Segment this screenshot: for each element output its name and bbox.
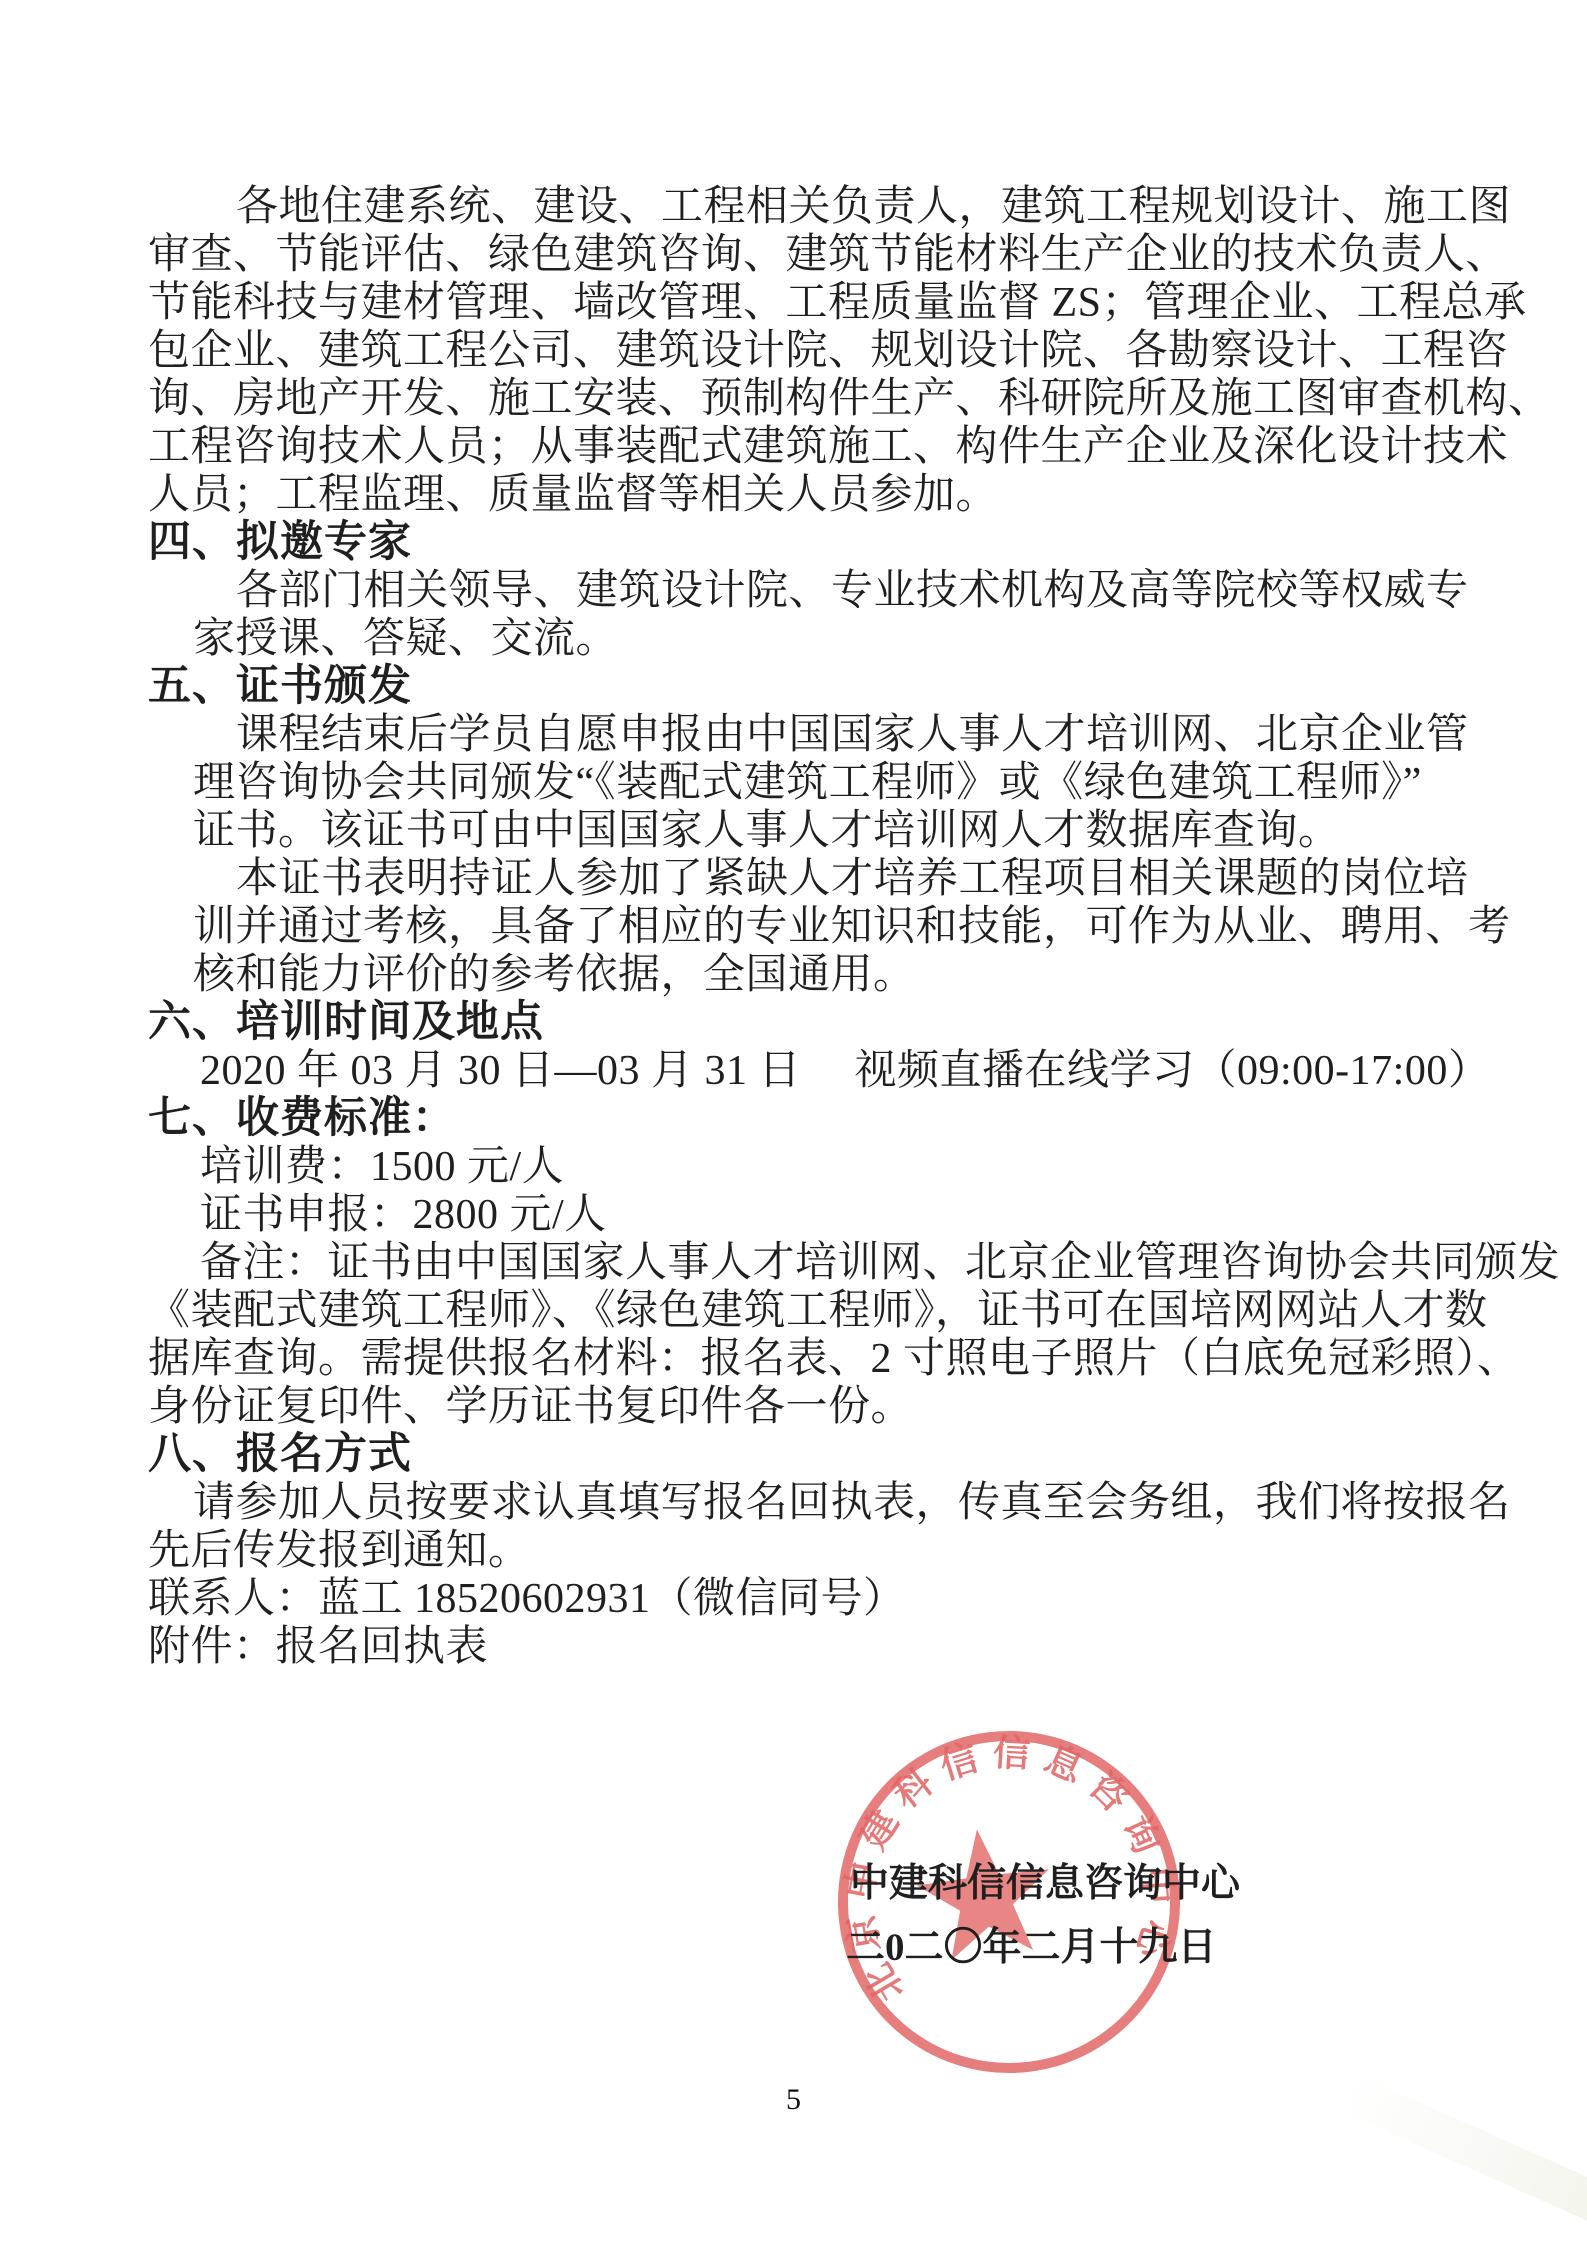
text-line: 备注：证书由中国国家人事人才培训网、北京企业管理咨询协会共同颁发: [148, 1239, 1448, 1287]
text-line: 身份证复印件、学历证书复印件各一份。: [148, 1383, 1448, 1431]
text-line: 请参加人员按要求认真填写报名回执表，传真至会务组，我们将按报名: [148, 1479, 1448, 1527]
section-heading-time-place: 六、培训时间及地点: [148, 999, 1448, 1047]
text-line: 节能科技与建材管理、墙改管理、工程质量监督 ZS；管理企业、工程总承: [148, 279, 1448, 327]
text-line: 各部门相关领导、建筑设计院、专业技术机构及高等院校等权威专: [148, 567, 1448, 615]
fee-training-line: 培训费：1500 元/人: [148, 1143, 1448, 1191]
text-line: 包企业、建筑工程公司、建筑设计院、规划设计院、各勘察设计、工程咨: [148, 327, 1448, 375]
text-line: 各地住建系统、建设、工程相关负责人，建筑工程规划设计、施工图: [148, 183, 1448, 231]
text-line: 本证书表明持证人参加了紧缺人才培养工程项目相关课题的岗位培: [148, 855, 1448, 903]
text-line: 据库查询。需提供报名材料：报名表、2 寸照电子照片（白底免冠彩照）、: [148, 1335, 1448, 1383]
text-line: 训并通过考核，具备了相应的专业知识和技能，可作为从业、聘用、考: [148, 903, 1448, 951]
page-number: 5: [0, 2083, 1587, 2117]
text-line: 审查、节能评估、绿色建筑咨询、建筑节能材料生产企业的技术负责人、: [148, 231, 1448, 279]
text-line: 核和能力评价的参考依据，全国通用。: [148, 951, 1448, 999]
section-heading-certificate: 五、证书颁发: [148, 663, 1448, 711]
contact-line: 联系人：蓝工 18520602931（微信同号）: [148, 1575, 1448, 1623]
text-line: 先后传发报到通知。: [148, 1527, 1448, 1575]
text-line: 人员；工程监理、质量监督等相关人员参加。: [148, 471, 1448, 519]
training-date-line: 2020 年 03 月 30 日—03 月 31 日 视频直播在线学习（09:0…: [148, 1047, 1448, 1095]
document-body: 各地住建系统、建设、工程相关负责人，建筑工程规划设计、施工图 审查、节能评估、绿…: [148, 183, 1448, 1671]
text-line: 家授课、答疑、交流。: [148, 615, 1448, 663]
text-line: 工程咨询技术人员；从事装配式建筑施工、构件生产企业及深化设计技术: [148, 423, 1448, 471]
text-line: 《装配式建筑工程师》、《绿色建筑工程师》，证书可在国培网网站人才数: [148, 1287, 1448, 1335]
section-heading-invited-experts: 四、拟邀专家: [148, 519, 1448, 567]
text-line: 询、房地产开发、施工安装、预制构件生产、科研院所及施工图审查机构、: [148, 375, 1448, 423]
text-line: 课程结束后学员自愿申报由中国国家人事人才培训网、北京企业管: [148, 711, 1448, 759]
section-heading-fees: 七、收费标准：: [148, 1095, 1448, 1143]
text-line: 证书。该证书可由中国国家人事人才培训网人才数据库查询。: [148, 807, 1448, 855]
signature-date: 二0二〇年二月十九日: [846, 1916, 1217, 1972]
attachment-line: 附件：报名回执表: [148, 1623, 1448, 1671]
fee-certificate-line: 证书申报：2800 元/人: [148, 1191, 1448, 1239]
signature-org: 中建科信信息咨询中心: [850, 1852, 1240, 1908]
section-heading-registration: 八、报名方式: [148, 1431, 1448, 1479]
text-line: 理咨询协会共同颁发“《装配式建筑工程师》或《绿色建筑工程师》”: [148, 759, 1448, 807]
document-page: 各地住建系统、建设、工程相关负责人，建筑工程规划设计、施工图 审查、节能评估、绿…: [0, 0, 1587, 2245]
